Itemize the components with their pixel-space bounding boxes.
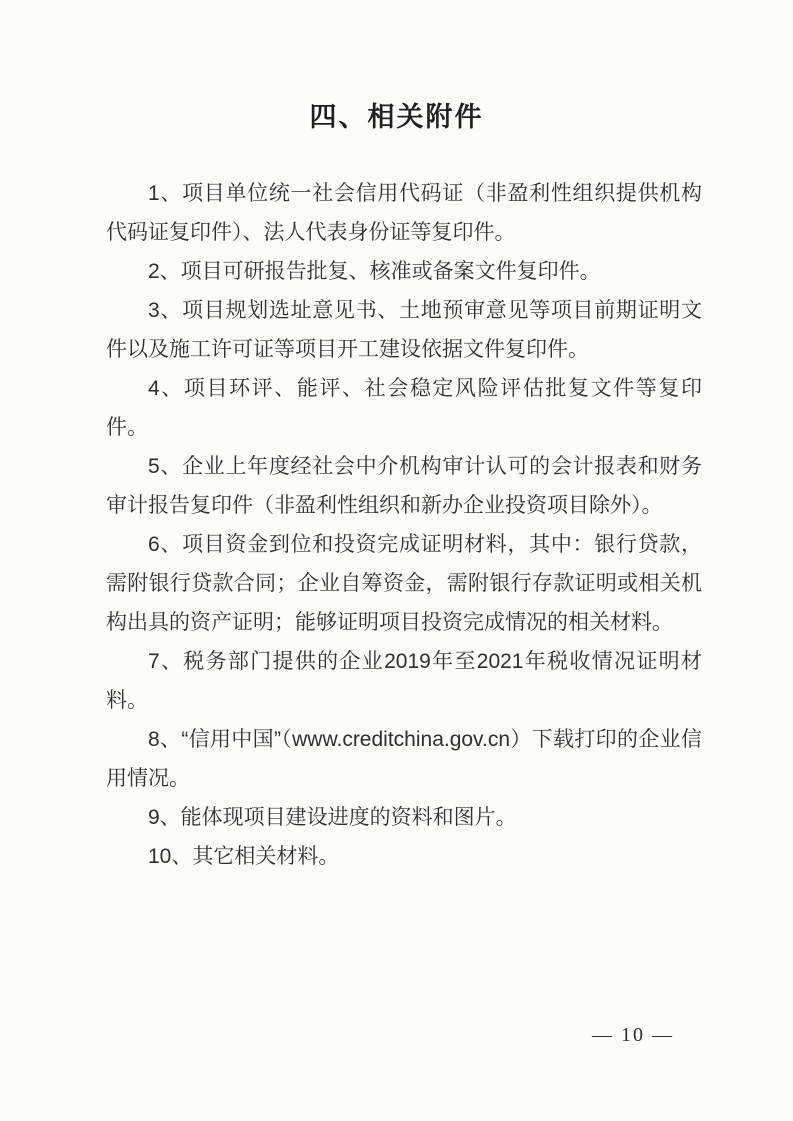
- document-page: 四、相关附件 1、项目单位统一社会信用代码证（非盈利性组织提供机构代码证复印件）…: [0, 0, 793, 1121]
- list-item-8: 8、“信用中国”（www.creditchina.gov.cn）下载打印的企业信…: [106, 720, 702, 798]
- list-item-4: 4、项目环评、能评、社会稳定风险评估批复文件等复印件。: [106, 369, 702, 447]
- list-item-6: 6、项目资金到位和投资完成证明材料，其中：银行贷款，需附银行贷款合同；企业自筹资…: [106, 525, 702, 642]
- attachment-list: 1、项目单位统一社会信用代码证（非盈利性组织提供机构代码证复印件）、法人代表身份…: [106, 174, 702, 876]
- list-item-2: 2、项目可研报告批复、核准或备案文件复印件。: [106, 252, 702, 291]
- list-item-9: 9、能体现项目建设进度的资料和图片。: [106, 798, 702, 837]
- list-item-1: 1、项目单位统一社会信用代码证（非盈利性组织提供机构代码证复印件）、法人代表身份…: [106, 174, 702, 252]
- list-item-3: 3、项目规划选址意见书、土地预审意见等项目前期证明文件以及施工许可证等项目开工建…: [106, 291, 702, 369]
- list-item-5: 5、企业上年度经社会中介机构审计认可的会计报表和财务审计报告复印件（非盈利性组织…: [106, 447, 702, 525]
- page-number: — 10 —: [582, 1024, 684, 1047]
- section-title: 四、相关附件: [0, 95, 793, 134]
- list-item-7: 7、税务部门提供的企业2019年至2021年税收情况证明材料。: [106, 642, 702, 720]
- list-item-10: 10、其它相关材料。: [106, 837, 702, 876]
